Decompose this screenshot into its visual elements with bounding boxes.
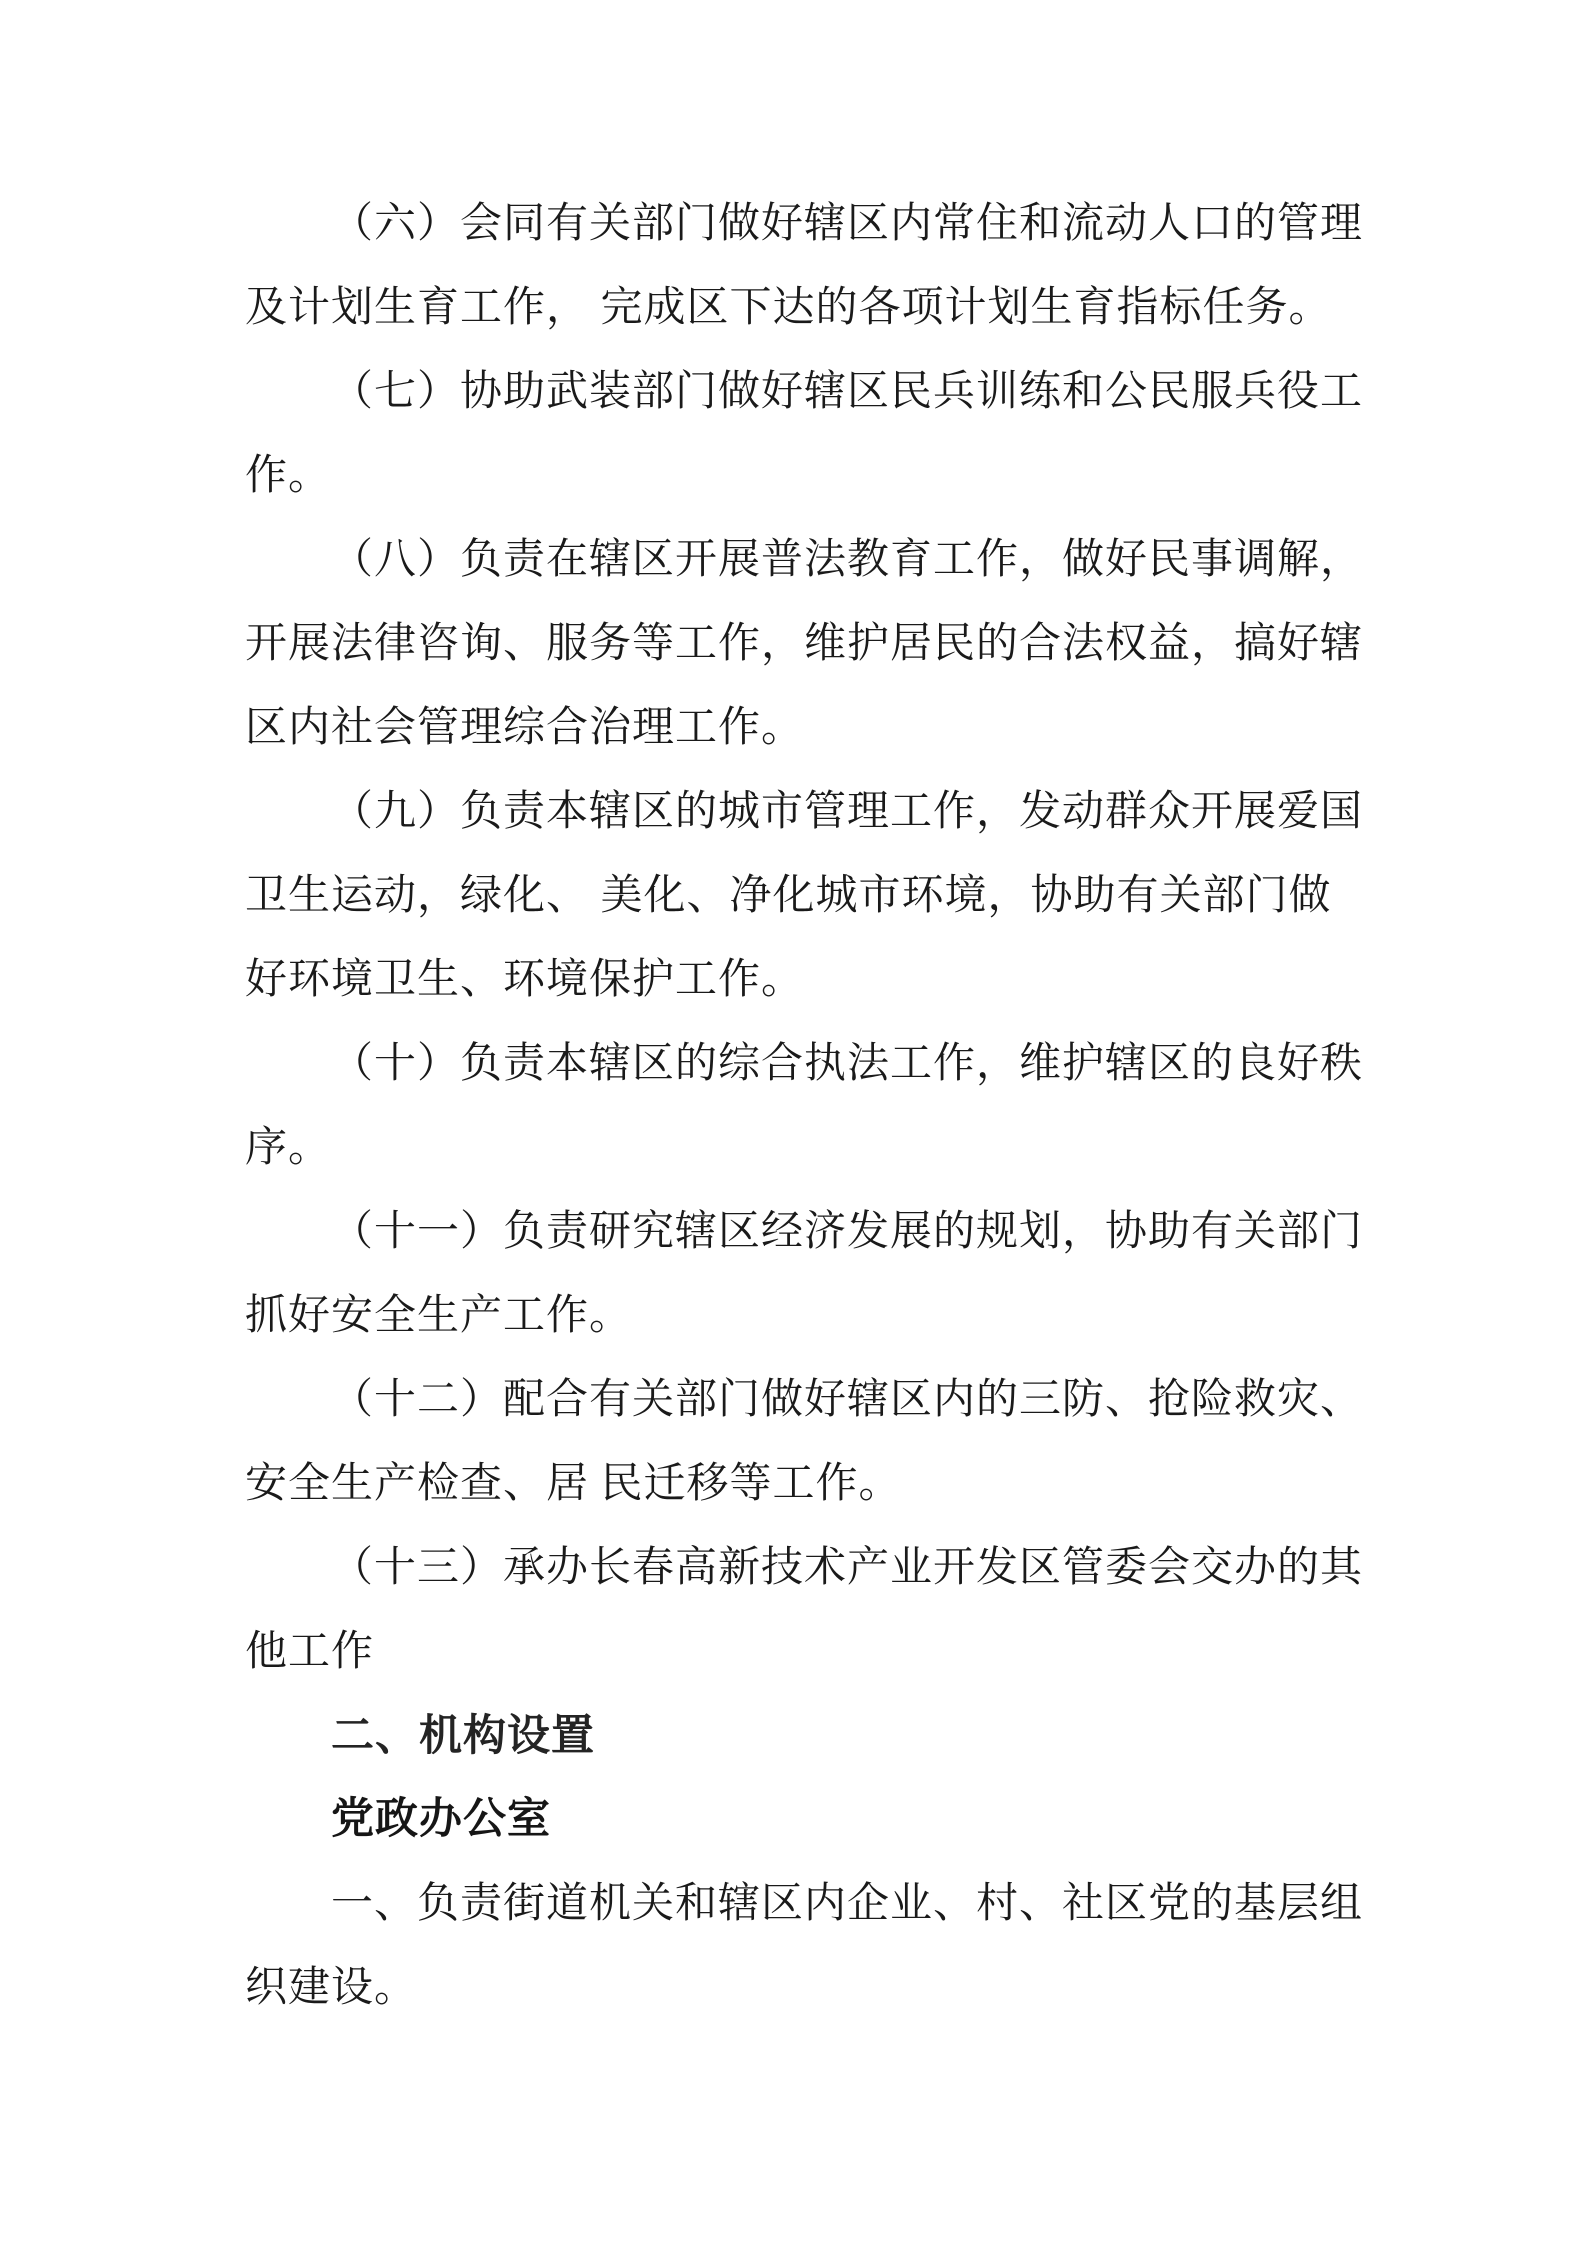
text-line: （七）协助武装部门做好辖区民兵训练和公民服兵役工 bbox=[245, 350, 1350, 434]
text-line: 抓好安全生产工作。 bbox=[245, 1274, 1350, 1358]
text-line: 开展法律咨询、服务等工作，维护居民的合法权益，搞好辖 bbox=[245, 602, 1350, 686]
text-line: 他工作 bbox=[245, 1610, 1350, 1694]
text-line: （六）会同有关部门做好辖区内常住和流动人口的管理 bbox=[245, 182, 1350, 266]
text-line: 序。 bbox=[245, 1106, 1350, 1190]
document-page: （六）会同有关部门做好辖区内常住和流动人口的管理及计划生育工作， 完成区下达的各… bbox=[0, 0, 1587, 2245]
text-line: （十）负责本辖区的综合执法工作，维护辖区的良好秩 bbox=[245, 1022, 1350, 1106]
document-body: （六）会同有关部门做好辖区内常住和流动人口的管理及计划生育工作， 完成区下达的各… bbox=[245, 182, 1350, 2030]
text-line: 及计划生育工作， 完成区下达的各项计划生育指标任务。 bbox=[245, 266, 1350, 350]
text-line: 一、负责街道机关和辖区内企业、村、社区党的基层组 bbox=[245, 1862, 1350, 1946]
text-line: （八）负责在辖区开展普法教育工作，做好民事调解， bbox=[245, 518, 1350, 602]
section-heading: 二、机构设置 bbox=[245, 1694, 1350, 1778]
text-line: 好环境卫生、环境保护工作。 bbox=[245, 938, 1350, 1022]
text-line: 区内社会管理综合治理工作。 bbox=[245, 686, 1350, 770]
department-heading: 党政办公室 bbox=[245, 1778, 1350, 1862]
text-line: 卫生运动，绿化、 美化、净化城市环境，协助有关部门做 bbox=[245, 854, 1350, 938]
text-line: （十一）负责研究辖区经济发展的规划，协助有关部门 bbox=[245, 1190, 1350, 1274]
text-line: 织建设。 bbox=[245, 1946, 1350, 2030]
text-line: 安全生产检查、居 民迁移等工作。 bbox=[245, 1442, 1350, 1526]
text-line: （十二）配合有关部门做好辖区内的三防、抢险救灾、 bbox=[245, 1358, 1350, 1442]
text-line: （九）负责本辖区的城市管理工作，发动群众开展爱国 bbox=[245, 770, 1350, 854]
text-line: 作。 bbox=[245, 434, 1350, 518]
text-line: （十三）承办长春高新技术产业开发区管委会交办的其 bbox=[245, 1526, 1350, 1610]
